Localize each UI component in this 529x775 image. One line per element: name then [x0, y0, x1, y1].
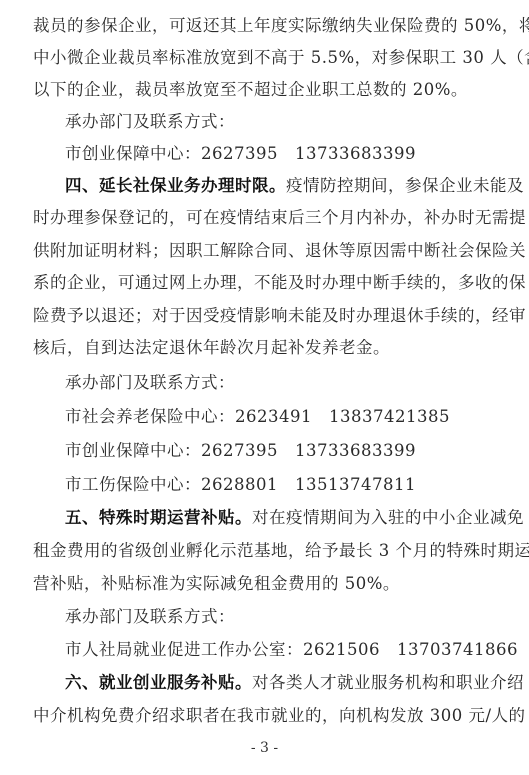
section-5-heading-line: 五、特殊时期运营补贴。对在疫情期间为入驻的中小企业减免	[65, 502, 502, 534]
paragraph-line: 租金费用的省级创业孵化示范基地，给予最长 3 个月的特殊时期运	[33, 535, 502, 567]
contact-line: 市创业保障中心：2627395 13733683399	[65, 138, 502, 170]
paragraph-line: 营补贴，补贴标准为实际减免租金费用的 50%。	[33, 568, 502, 600]
document-page: 裁员的参保企业，可返还其上年度实际缴纳失业保险费的 50%，将 中小微企业裁员率…	[0, 0, 529, 775]
contact-line: 市创业保障中心：2627395 13733683399	[65, 435, 502, 467]
paragraph-line: 中介机构免费介绍求职者在我市就业的，向机构发放 300 元/人的	[33, 700, 502, 732]
contact-line: 市社会养老保险中心：2623491 13837421385	[65, 401, 502, 433]
contact-heading: 承办部门及联系方式：	[65, 106, 502, 138]
section-text: 对在疫情期间为入驻的中小企业减免	[252, 508, 524, 527]
paragraph-line: 中小微企业裁员率标准放宽到不高于 5.5%，对参保职工 30 人（含）	[33, 42, 502, 74]
contact-line: 市工伤保险中心：2628801 13513747811	[65, 469, 502, 501]
paragraph-line: 时办理参保登记的，可在疫情结束后三个月内补办，补办时无需提	[33, 202, 502, 234]
paragraph-line: 以下的企业，裁员率放宽至不超过企业职工总数的 20%。	[33, 74, 502, 106]
section-text: 疫情防控期间，参保企业未能及	[286, 176, 524, 195]
section-title: 六、就业创业服务补贴。	[65, 673, 252, 692]
section-4-heading-line: 四、延长社保业务办理时限。疫情防控期间，参保企业未能及	[65, 170, 502, 202]
contact-heading: 承办部门及联系方式：	[65, 367, 502, 399]
paragraph-line: 供附加证明材料；因职工解除合同、退休等原因需中断社会保险关	[33, 235, 502, 267]
section-text: 对各类人才就业服务机构和职业介绍	[252, 673, 524, 692]
paragraph-line: 系的企业，可通过网上办理，不能及时办理中断手续的，多收的保	[33, 267, 502, 299]
paragraph-line: 核后，自到达法定退休年龄次月起补发养老金。	[33, 332, 502, 364]
paragraph-line: 险费予以退还；对于因受疫情影响未能及时办理退休手续的，经审	[33, 300, 502, 332]
paragraph-line: 裁员的参保企业，可返还其上年度实际缴纳失业保险费的 50%，将	[33, 10, 502, 42]
contact-heading: 承办部门及联系方式：	[65, 601, 502, 633]
section-6-heading-line: 六、就业创业服务补贴。对各类人才就业服务机构和职业介绍	[65, 667, 502, 699]
section-title: 五、特殊时期运营补贴。	[65, 508, 252, 527]
page-number: - 3 -	[0, 740, 529, 756]
contact-line: 市人社局就业促进工作办公室：2621506 13703741866	[65, 634, 502, 666]
section-title: 四、延长社保业务办理时限。	[65, 176, 286, 195]
